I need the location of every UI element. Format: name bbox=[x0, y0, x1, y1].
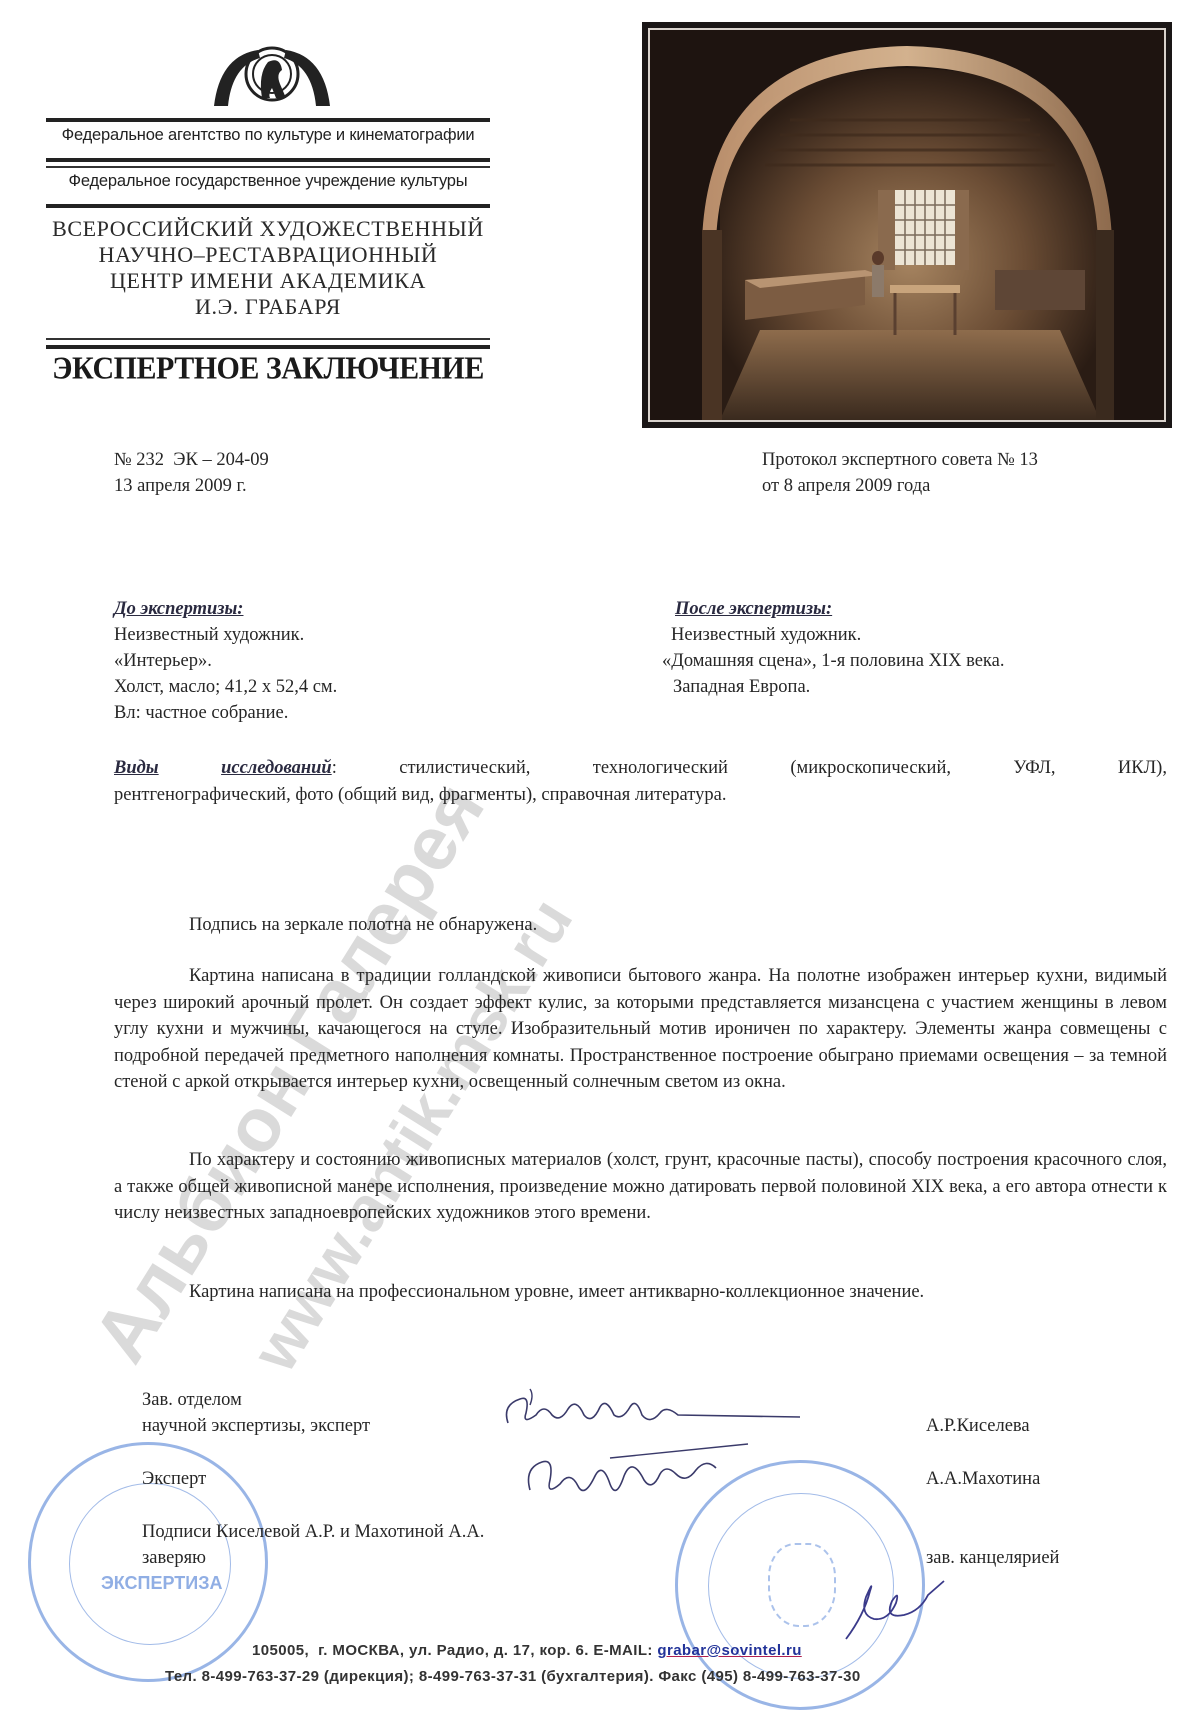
email-link[interactable]: grabar@sovintel.ru bbox=[657, 1642, 801, 1659]
org-line: И.Э. ГРАБАРЯ bbox=[46, 294, 490, 320]
research-types: Виды исследований: стилистический, техно… bbox=[114, 755, 1167, 808]
footer-address: 105005, г. МОСКВА, ул. Радио, д. 17, кор… bbox=[252, 1642, 802, 1659]
research-label: исследований: bbox=[221, 755, 337, 782]
header-rule bbox=[46, 345, 490, 349]
after-heading: После экспертизы: bbox=[675, 596, 832, 623]
signature-kiseleva-icon bbox=[500, 1385, 810, 1440]
org-line: ВСЕРОССИЙСКИЙ ХУДОЖЕСТВЕННЫЙ bbox=[46, 216, 490, 242]
agency-name: Федеральное агентство по культуре и кине… bbox=[46, 126, 490, 145]
after-line: «Домашняя сцена», 1-я половина XIX века. bbox=[662, 648, 1004, 675]
certify-text: заверяю bbox=[142, 1545, 206, 1572]
protocol-date: от 8 апреля 2009 года bbox=[762, 473, 930, 500]
header-rule bbox=[46, 338, 490, 340]
signature-makhotina-icon bbox=[520, 1440, 750, 1515]
signature-chancellery-icon bbox=[840, 1575, 950, 1650]
paragraph-value: Картина написана на профессиональном уро… bbox=[114, 1279, 1167, 1306]
before-line: Неизвестный художник. bbox=[114, 622, 304, 649]
research-line: рентгенографический, фото (общий вид, фр… bbox=[114, 782, 1167, 809]
paragraph-text: По характеру и состоянию живописных мате… bbox=[114, 1150, 1167, 1223]
org-line: НАУЧНО–РЕСТАВРАЦИОННЫЙ bbox=[46, 242, 490, 268]
research-label-word: Виды bbox=[114, 755, 159, 782]
research-item: УФЛ, bbox=[1013, 755, 1055, 782]
watermark-website: www.antik.msk.ru bbox=[237, 885, 587, 1384]
document-title: ЭКСПЕРТНОЕ ЗАКЛЮЧЕНИЕ bbox=[46, 351, 490, 387]
after-line: Неизвестный художник. bbox=[671, 622, 861, 649]
coat-of-arms-icon bbox=[768, 1543, 836, 1627]
header-rule bbox=[46, 158, 490, 162]
paragraph-text: Подпись на зеркале полотна не обнаружена… bbox=[189, 915, 537, 935]
paragraph-text: Картина написана на профессиональном уро… bbox=[189, 1282, 924, 1302]
header-rule bbox=[46, 118, 490, 122]
stamp-label: ЭКСПЕРТИЗА bbox=[101, 1573, 222, 1594]
address-text: 105005, г. МОСКВА, ул. Радио, д. 17, кор… bbox=[252, 1642, 657, 1659]
paragraph-dating: По характеру и состоянию живописных мате… bbox=[114, 1147, 1167, 1227]
research-item: ИКЛ), bbox=[1118, 755, 1167, 782]
before-line: Вл: частное собрание. bbox=[114, 700, 288, 727]
paragraph-description: Картина написана в традиции голландской … bbox=[114, 963, 1167, 1096]
research-item: (микроскопический, bbox=[790, 755, 951, 782]
organization-name: ВСЕРОССИЙСКИЙ ХУДОЖЕСТВЕННЫЙ НАУЧНО–РЕСТ… bbox=[46, 216, 490, 320]
signer2-role: Эксперт bbox=[142, 1466, 206, 1493]
conclusion-date: 13 апреля 2009 г. bbox=[114, 473, 247, 500]
before-line: Холст, масло; 41,2 х 52,4 см. bbox=[114, 674, 337, 701]
signer1-name: А.Р.Киселева bbox=[926, 1413, 1030, 1440]
painting-photo bbox=[642, 22, 1172, 428]
certify-role: зав. канцелярией bbox=[926, 1545, 1059, 1572]
header-rule bbox=[46, 166, 490, 168]
grabar-center-logo-icon bbox=[210, 44, 334, 108]
org-line: ЦЕНТР ИМЕНИ АКАДЕМИКА bbox=[46, 268, 490, 294]
after-line: Западная Европа. bbox=[673, 674, 810, 701]
certify-text: Подписи Киселевой А.Р. и Махотиной А.А. bbox=[142, 1519, 484, 1546]
paragraph-text: Картина написана в традиции голландской … bbox=[114, 966, 1167, 1092]
research-line: Виды исследований: стилистический, техно… bbox=[114, 755, 1167, 782]
conclusion-number: № 232 ЭК – 204-09 bbox=[114, 447, 269, 474]
kitchen-interior-painting bbox=[648, 28, 1166, 422]
paragraph-signature-note: Подпись на зеркале полотна не обнаружена… bbox=[114, 912, 1167, 939]
signer1-role: Зав. отделом bbox=[142, 1387, 242, 1414]
footer-phones: Тел. 8-499-763-37-29 (дирекция); 8-499-7… bbox=[165, 1668, 861, 1685]
research-label-word: исследований bbox=[221, 758, 332, 778]
before-line: «Интерьер». bbox=[114, 648, 212, 675]
research-item: стилистический, bbox=[399, 755, 530, 782]
header-rule bbox=[46, 204, 490, 208]
research-item: технологический bbox=[593, 755, 728, 782]
before-heading: До экспертизы: bbox=[114, 596, 243, 623]
signer2-name: А.А.Махотина bbox=[926, 1466, 1040, 1493]
institution-type: Федеральное государственное учреждение к… bbox=[46, 172, 490, 191]
protocol-number: Протокол экспертного совета № 13 bbox=[762, 447, 1038, 474]
signer1-role: научной экспертизы, эксперт bbox=[142, 1413, 370, 1440]
